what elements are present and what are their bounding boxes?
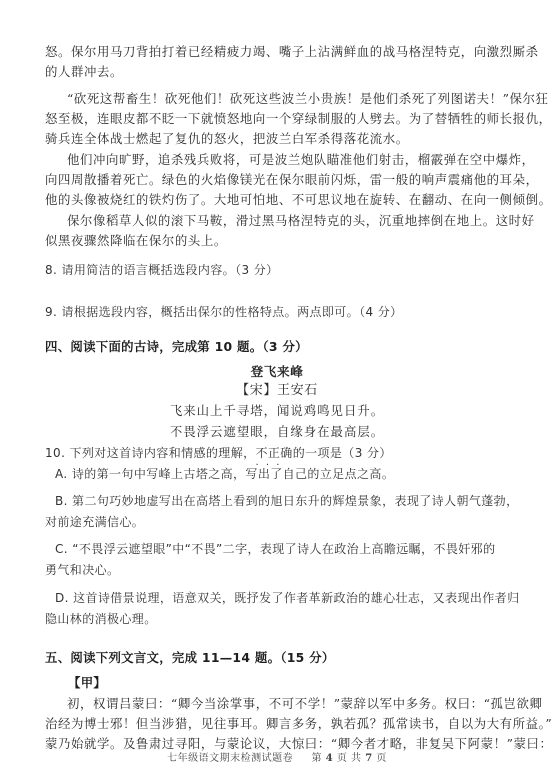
question-10-suffix: 的一项是（3 分） [293,446,392,460]
passage-line: 向四周散播着死亡。绿色的火焰像镁光在保尔眼前闪烁，雷一般的响声震痛他的耳朵， [45,172,539,188]
passage-line: 似黑夜骤然降临在保尔的头上。 [45,233,227,249]
passage-line: 骑兵连全体战士燃起了复仇的怒火，把波兰白军杀得落花流水。 [45,131,409,147]
section-4-heading: 四、阅读下面的古诗，完成第 10 题。（3 分） [45,339,308,355]
poem-author: 【宋】王安石 [0,383,554,399]
classical-text-line: 治经为博士邪！但当涉猎，见往事耳。卿言多务，孰若孤？孤常读书，自以为大有所益。” [45,716,552,732]
passage-line: 他们冲向旷野，追杀残兵败将，可是波兰炮队瞄准他们射击，榴霰弹在空中爆炸， [67,152,535,168]
question-10-prefix: 10. 下列对这首诗内容和情感的理解， [45,446,256,460]
option-a: A. 诗的第一句中写峰上古塔之高，写出了自己的立足点之高。 [55,466,394,482]
page-mid: 页 共 [337,753,362,764]
classical-text-line: 初，权谓吕蒙曰：“卿今当涂掌事，不可不学！”蒙辞以军中多务。权曰：“孤岂欲卿 [67,696,542,712]
classical-text-line: 蒙乃始就学。及鲁肃过寻阳，与蒙论议，大惊曰：“卿今者才略，非复吴下阿蒙！”蒙曰： [45,736,553,752]
page-current: 4 [326,753,333,764]
question-9: 9. 请根据选段内容，概括出保尔的性格特点。两点即可。（4 分） [45,304,403,320]
part-label-jia: 【甲】 [68,675,106,691]
passage-line: 的人群冲去。 [45,64,123,80]
passage-line: 保尔像稻草人似的滚下马鞍，滑过黑马格涅特克的头，沉重地摔倒在地上。这时好 [67,213,535,229]
poem-author-name: 王安石 [277,383,318,398]
option-d-cont: 隐山林的消极心理。 [45,611,157,627]
poem-dynasty: 宋 [250,383,264,398]
passage-line: 怒至极，连眼皮都不眨一下就愤怒地向一个穿绿制服的人劈去。为了替牺牲的师长报仇， [45,111,552,127]
passage-line: 怒。保尔用马刀背拍打着已经精疲力竭、嘴子上沾满鲜血的战马格涅特克，向激烈厮杀 [45,44,539,60]
passage-line: 他的头像被烧红的铁灼伤了。大地可怕地、不可思议地在旋转、在翻动、在向一侧倾倒。 [45,192,552,208]
exam-title: 七年级语文期末检测试题卷 [167,753,293,764]
question-10-emphasis: 不正确 [256,446,293,460]
page-suffix: 页 [376,753,387,764]
poem-line: 不畏浮云遮望眼，自缘身在最高层。 [0,424,554,440]
option-c: C. “不畏浮云遮望眼”中“不畏”二字，表现了诗人在政治上高瞻远瞩，不畏奸邪的 [55,541,495,557]
passage-line: “砍死这帮畜生！砍死他们！砍死这些波兰小贵族！是他们杀死了列图诺夫！”保尔狂 [67,91,549,107]
option-b: B. 第二句巧妙地虚写出在高塔上看到的旭日东升的辉煌景象，表现了诗人朝气蓬勃， [55,493,518,509]
page-prefix: 第 [312,753,323,764]
option-d: D. 这首诗借景说理，语意双关，既抒发了作者革新政治的雄心壮志，又表现出作者归 [55,590,519,606]
option-b-cont: 对前途充满信心。 [45,514,144,530]
section-5-heading: 五、阅读下列文言文，完成 11—14 题。（15 分） [45,650,335,666]
bracket-close: 】 [263,383,277,398]
bracket-open: 【 [236,383,250,398]
poem-line: 飞来山上千寻塔，闻说鸡鸣见日升。 [0,403,554,419]
option-c-cont: 勇气和决心。 [45,562,119,578]
question-8: 8. 请用简洁的语言概括选段内容。（3 分） [45,262,279,278]
exam-page: 怒。保尔用马刀背拍打着已经精疲力竭、嘴子上沾满鲜血的战马格涅特克，向激烈厮杀 的… [0,0,554,766]
poem-title: 登飞来峰 [0,364,554,380]
page-total: 7 [365,753,372,764]
question-10: 10. 下列对这首诗内容和情感的理解，不正确的一项是（3 分） [45,445,392,461]
page-footer: 七年级语文期末检测试题卷 第 4 页 共 7 页 [0,751,554,766]
